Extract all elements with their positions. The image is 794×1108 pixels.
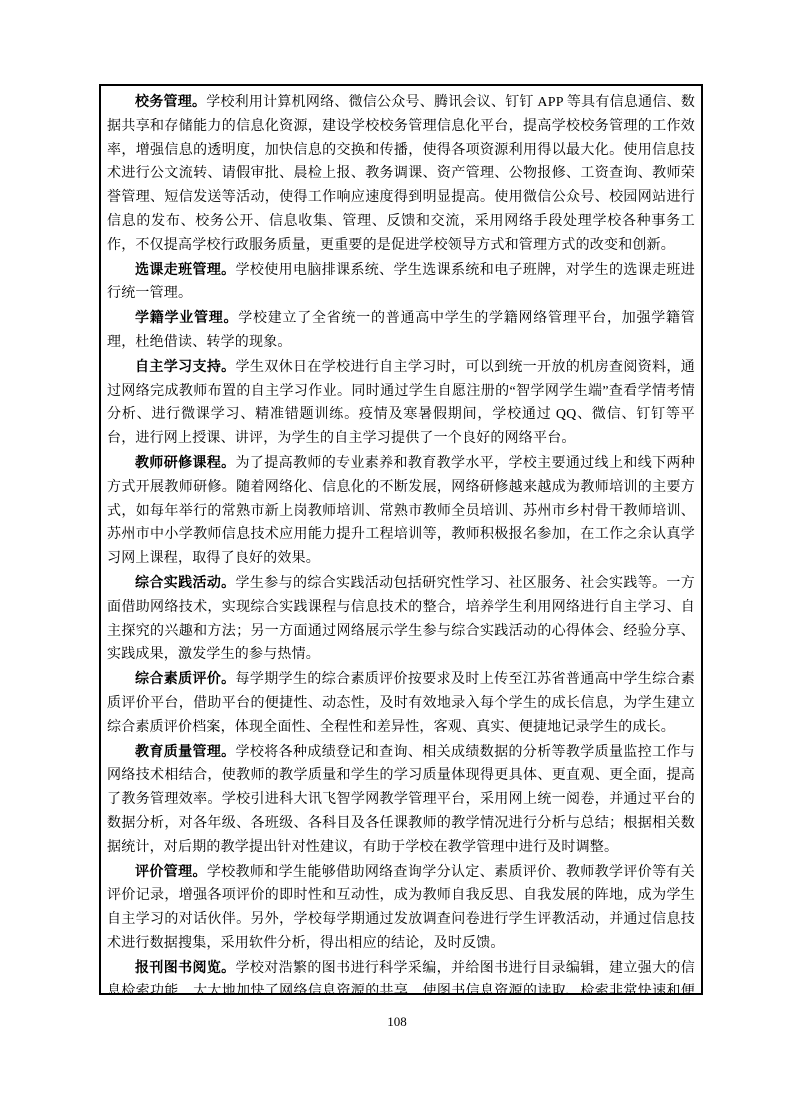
paragraph-heading: 教育质量管理。	[135, 743, 236, 759]
paragraph: 教师研修课程。为了提高教师的专业素养和教育教学水平，学校主要通过线上和线下两种方…	[107, 451, 695, 571]
paragraph-heading: 评价管理。	[135, 863, 207, 879]
paragraph-body: 学校利用计算机网络、微信公众号、腾讯会议、钉钉 APP 等具有信息通信、数据共享…	[107, 95, 695, 253]
paragraph-heading: 校务管理。	[135, 93, 206, 109]
paragraph-heading: 自主学习支持。	[135, 358, 236, 374]
paragraph: 评价管理。学校教师和学生能够借助网络查询学分认定、素质评价、教师教学评价等有关评…	[107, 860, 695, 956]
document-page: 校务管理。学校利用计算机网络、微信公众号、腾讯会议、钉钉 APP 等具有信息通信…	[0, 0, 794, 1108]
paragraph: 学籍学业管理。学校建立了全省统一的普通高中学生的学籍网络管理平台，加强学籍管理，…	[107, 306, 695, 355]
page-number: 108	[0, 1014, 794, 1030]
paragraph-heading: 学籍学业管理。	[135, 309, 238, 325]
table-cell-text-block: 校务管理。学校利用计算机网络、微信公众号、腾讯会议、钉钉 APP 等具有信息通信…	[99, 84, 703, 995]
paragraph: 校务管理。学校利用计算机网络、微信公众号、腾讯会议、钉钉 APP 等具有信息通信…	[107, 90, 695, 258]
paragraph-heading: 综合素质评价。	[135, 670, 236, 686]
paragraph: 自主学习支持。学生双休日在学校进行自主学习时，可以到统一开放的机房查阅资料，通过…	[107, 355, 695, 451]
paragraph: 选课走班管理。学校使用电脑排课系统、学生选课系统和电子班牌，对学生的选课走班进行…	[107, 258, 695, 307]
paragraph: 报刊图书阅览。学校对浩繁的图书进行科学采编，并给图书进行目录编辑，建立强大的信息…	[107, 956, 695, 995]
paragraph-body: 为了提高教师的专业素养和教育教学水平，学校主要通过线上和线下两种方式开展教师研修…	[107, 456, 695, 566]
paragraph-heading: 选课走班管理。	[135, 261, 236, 277]
paragraph: 综合素质评价。每学期学生的综合素质评价按要求及时上传至江苏省普通高中学生综合素质…	[107, 667, 695, 739]
paragraph: 教育质量管理。学校将各种成绩登记和查询、相关成绩数据的分析等教学质量监控工作与网…	[107, 740, 695, 860]
paragraph-heading: 报刊图书阅览。	[135, 959, 236, 975]
paragraph-body: 学校将各种成绩登记和查询、相关成绩数据的分析等教学质量监控工作与网络技术相结合，…	[107, 745, 695, 855]
paragraph-heading: 教师研修课程。	[135, 454, 236, 470]
paragraph: 综合实践活动。学生参与的综合实践活动包括研究性学习、社区服务、社会实践等。一方面…	[107, 571, 695, 667]
paragraph-heading: 综合实践活动。	[135, 574, 236, 590]
